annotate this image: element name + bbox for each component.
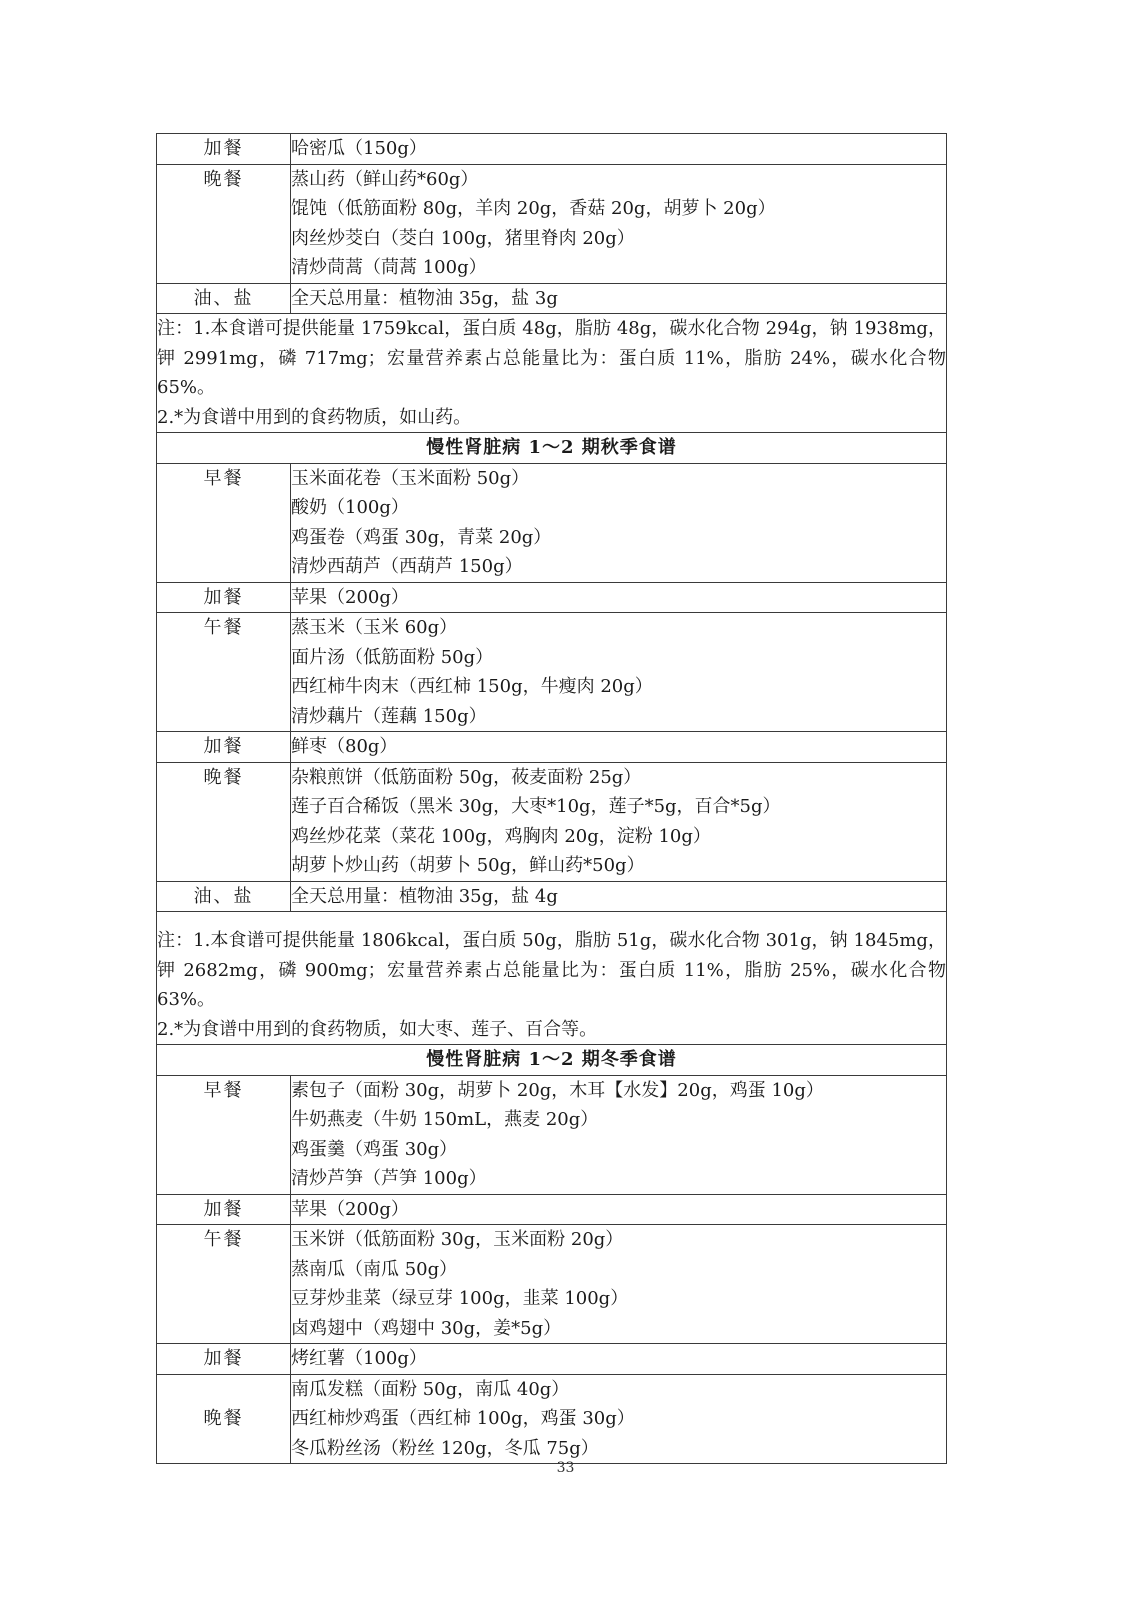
meal-items: 烤红薯（100g） [291, 1344, 947, 1375]
section-title-winter: 慢性肾脏病 1～2 期冬季食谱 [157, 1045, 947, 1076]
food-item: 鸡蛋卷（鸡蛋 30g，青菜 20g） [291, 523, 946, 553]
meal-label: 晚餐 [157, 1374, 291, 1464]
table-row: 晚餐 蒸山药（鲜山药*60g） 馄饨（低筋面粉 80g，羊肉 20g，香菇 20… [157, 164, 947, 283]
diet-menu-table: 加餐 哈密瓜（150g） 晚餐 蒸山药（鲜山药*60g） 馄饨（低筋面粉 80g… [156, 133, 947, 1464]
meal-label: 午餐 [157, 1225, 291, 1344]
meal-label: 晚餐 [157, 164, 291, 283]
food-item: 清炒藕片（莲藕 150g） [291, 702, 946, 732]
meal-label: 加餐 [157, 1194, 291, 1225]
food-item: 哈密瓜（150g） [291, 134, 946, 164]
food-item: 西红柿牛肉末（西红柿 150g，牛瘦肉 20g） [291, 672, 946, 702]
meal-items: 苹果（200g） [291, 1194, 947, 1225]
meal-items: 素包子（面粉 30g，胡萝卜 20g，木耳【水发】20g，鸡蛋 10g） 牛奶燕… [291, 1075, 947, 1194]
meal-items: 蒸玉米（玉米 60g） 面片汤（低筋面粉 50g） 西红柿牛肉末（西红柿 150… [291, 613, 947, 732]
document-page: 加餐 哈密瓜（150g） 晚餐 蒸山药（鲜山药*60g） 馄饨（低筋面粉 80g… [0, 0, 1131, 1600]
meal-label: 加餐 [157, 134, 291, 165]
note-line: 2.*为食谱中用到的食药物质，如山药。 [157, 403, 946, 433]
note-line: 注：1.本食谱可提供能量 1759kcal，蛋白质 48g，脂肪 48g，碳水化… [157, 314, 946, 403]
table-row: 晚餐 杂粮煎饼（低筋面粉 50g，莜麦面粉 25g） 莲子百合稀饭（黑米 30g… [157, 762, 947, 881]
food-item: 蒸南瓜（南瓜 50g） [291, 1255, 946, 1285]
note-row: 注：1.本食谱可提供能量 1759kcal，蛋白质 48g，脂肪 48g，碳水化… [157, 314, 947, 433]
note-row: 注：1.本食谱可提供能量 1806kcal，蛋白质 50g，脂肪 51g，碳水化… [157, 912, 947, 1045]
meal-items: 鲜枣（80g） [291, 732, 947, 763]
meal-items: 杂粮煎饼（低筋面粉 50g，莜麦面粉 25g） 莲子百合稀饭（黑米 30g，大枣… [291, 762, 947, 881]
meal-items: 玉米面花卷（玉米面粉 50g） 酸奶（100g） 鸡蛋卷（鸡蛋 30g，青菜 2… [291, 463, 947, 582]
table-row: 早餐 玉米面花卷（玉米面粉 50g） 酸奶（100g） 鸡蛋卷（鸡蛋 30g，青… [157, 463, 947, 582]
food-item: 卤鸡翅中（鸡翅中 30g，姜*5g） [291, 1314, 946, 1344]
table-row: 油、盐 全天总用量：植物油 35g，盐 3g [157, 283, 947, 314]
food-item: 肉丝炒茭白（茭白 100g，猪里脊肉 20g） [291, 224, 946, 254]
food-item: 牛奶燕麦（牛奶 150mL，燕麦 20g） [291, 1105, 946, 1135]
food-item: 面片汤（低筋面粉 50g） [291, 643, 946, 673]
food-item: 烤红薯（100g） [291, 1344, 946, 1374]
meal-items: 蒸山药（鲜山药*60g） 馄饨（低筋面粉 80g，羊肉 20g，香菇 20g，胡… [291, 164, 947, 283]
nutrition-note: 注：1.本食谱可提供能量 1806kcal，蛋白质 50g，脂肪 51g，碳水化… [157, 912, 947, 1045]
food-item: 清炒芦笋（芦笋 100g） [291, 1164, 946, 1194]
food-item: 苹果（200g） [291, 583, 946, 613]
table-row: 午餐 玉米饼（低筋面粉 30g，玉米面粉 20g） 蒸南瓜（南瓜 50g） 豆芽… [157, 1225, 947, 1344]
food-item: 酸奶（100g） [291, 493, 946, 523]
food-item: 蒸山药（鲜山药*60g） [291, 165, 946, 195]
food-item: 馄饨（低筋面粉 80g，羊肉 20g，香菇 20g，胡萝卜 20g） [291, 194, 946, 224]
page-number: 33 [0, 1460, 1131, 1476]
table-row: 油、盐 全天总用量：植物油 35g，盐 4g [157, 881, 947, 912]
food-item: 杂粮煎饼（低筋面粉 50g，莜麦面粉 25g） [291, 763, 946, 793]
food-item: 胡萝卜炒山药（胡萝卜 50g，鲜山药*50g） [291, 851, 946, 881]
table-row: 加餐 烤红薯（100g） [157, 1344, 947, 1375]
section-title-row: 慢性肾脏病 1～2 期秋季食谱 [157, 433, 947, 464]
food-item: 苹果（200g） [291, 1195, 946, 1225]
table-row: 晚餐 南瓜发糕（面粉 50g，南瓜 40g） 西红柿炒鸡蛋（西红柿 100g，鸡… [157, 1374, 947, 1464]
meal-items: 全天总用量：植物油 35g，盐 4g [291, 881, 947, 912]
table-row: 午餐 蒸玉米（玉米 60g） 面片汤（低筋面粉 50g） 西红柿牛肉末（西红柿 … [157, 613, 947, 732]
food-item: 鸡丝炒花菜（菜花 100g，鸡胸肉 20g，淀粉 10g） [291, 822, 946, 852]
food-item: 全天总用量：植物油 35g，盐 3g [291, 284, 946, 314]
table-row: 加餐 哈密瓜（150g） [157, 134, 947, 165]
meal-items: 全天总用量：植物油 35g，盐 3g [291, 283, 947, 314]
food-item: 清炒茼蒿（茼蒿 100g） [291, 253, 946, 283]
food-item: 鸡蛋羹（鸡蛋 30g） [291, 1135, 946, 1165]
meal-label: 油、盐 [157, 283, 291, 314]
meal-items: 玉米饼（低筋面粉 30g，玉米面粉 20g） 蒸南瓜（南瓜 50g） 豆芽炒韭菜… [291, 1225, 947, 1344]
meal-label: 早餐 [157, 1075, 291, 1194]
note-line: 注：1.本食谱可提供能量 1806kcal，蛋白质 50g，脂肪 51g，碳水化… [157, 926, 946, 1015]
meal-items: 南瓜发糕（面粉 50g，南瓜 40g） 西红柿炒鸡蛋（西红柿 100g，鸡蛋 3… [291, 1374, 947, 1464]
meal-label: 早餐 [157, 463, 291, 582]
section-title-autumn: 慢性肾脏病 1～2 期秋季食谱 [157, 433, 947, 464]
meal-label: 午餐 [157, 613, 291, 732]
table-row: 加餐 苹果（200g） [157, 582, 947, 613]
meal-label: 油、盐 [157, 881, 291, 912]
meal-items: 苹果（200g） [291, 582, 947, 613]
food-item: 玉米面花卷（玉米面粉 50g） [291, 464, 946, 494]
meal-items: 哈密瓜（150g） [291, 134, 947, 165]
note-line: 2.*为食谱中用到的食药物质，如大枣、莲子、百合等。 [157, 1015, 946, 1045]
food-item: 西红柿炒鸡蛋（西红柿 100g，鸡蛋 30g） [291, 1404, 946, 1434]
food-item: 南瓜发糕（面粉 50g，南瓜 40g） [291, 1375, 946, 1405]
food-item: 莲子百合稀饭（黑米 30g，大枣*10g，莲子*5g，百合*5g） [291, 792, 946, 822]
table-row: 加餐 苹果（200g） [157, 1194, 947, 1225]
nutrition-note: 注：1.本食谱可提供能量 1759kcal，蛋白质 48g，脂肪 48g，碳水化… [157, 314, 947, 433]
meal-label: 加餐 [157, 1344, 291, 1375]
food-item: 冬瓜粉丝汤（粉丝 120g，冬瓜 75g） [291, 1434, 946, 1464]
food-item: 蒸玉米（玉米 60g） [291, 613, 946, 643]
food-item: 豆芽炒韭菜（绿豆芽 100g，韭菜 100g） [291, 1284, 946, 1314]
meal-label: 晚餐 [157, 762, 291, 881]
meal-label: 加餐 [157, 732, 291, 763]
table-row: 早餐 素包子（面粉 30g，胡萝卜 20g，木耳【水发】20g，鸡蛋 10g） … [157, 1075, 947, 1194]
table-row: 加餐 鲜枣（80g） [157, 732, 947, 763]
food-item: 玉米饼（低筋面粉 30g，玉米面粉 20g） [291, 1225, 946, 1255]
food-item: 全天总用量：植物油 35g，盐 4g [291, 882, 946, 912]
meal-label: 加餐 [157, 582, 291, 613]
section-title-row: 慢性肾脏病 1～2 期冬季食谱 [157, 1045, 947, 1076]
food-item: 素包子（面粉 30g，胡萝卜 20g，木耳【水发】20g，鸡蛋 10g） [291, 1076, 946, 1106]
food-item: 清炒西葫芦（西葫芦 150g） [291, 552, 946, 582]
food-item: 鲜枣（80g） [291, 732, 946, 762]
